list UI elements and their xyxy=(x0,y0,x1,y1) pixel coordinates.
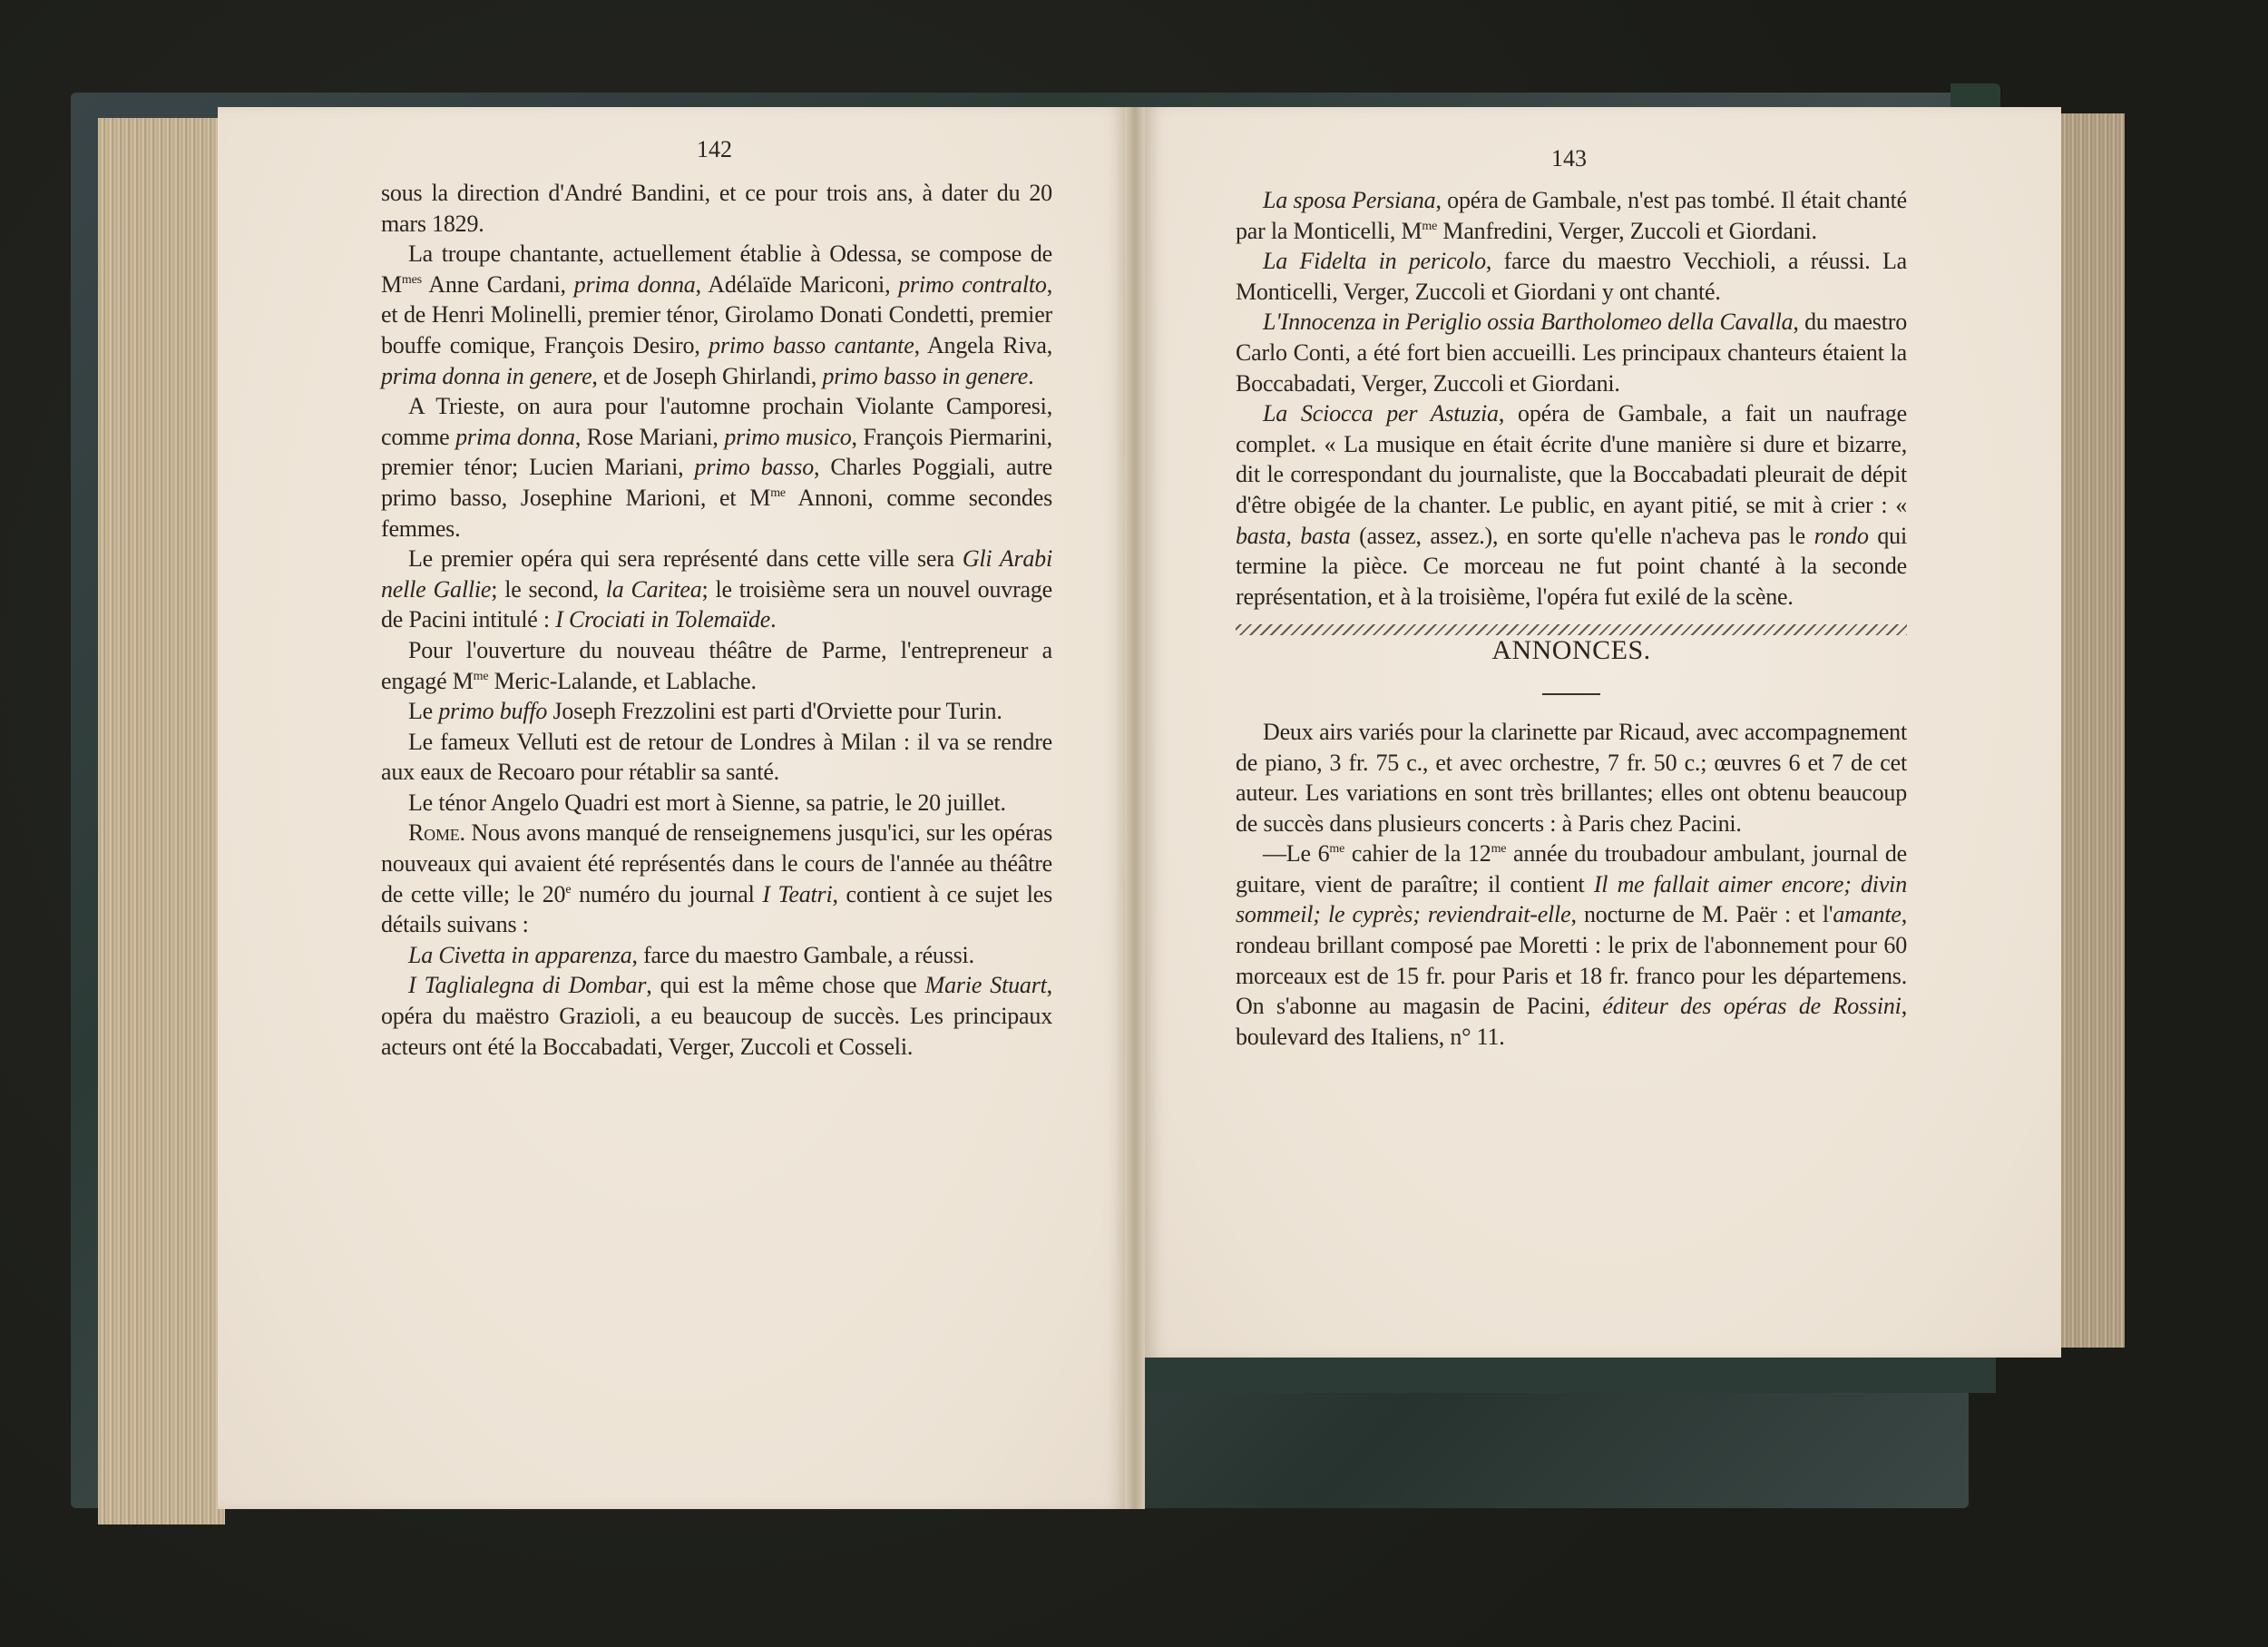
text-run: cahier de la 12 xyxy=(1344,840,1491,867)
text-run: —Le 6 xyxy=(1263,840,1329,867)
wavy-divider xyxy=(1236,624,1907,635)
italic-term: rondo xyxy=(1814,523,1869,549)
left-page-text: sous la direction d'André Bandini, et ce… xyxy=(381,178,1052,1062)
italic-term: I Crociati in Tolemaïde xyxy=(555,606,770,632)
italic-term: L'Innocenza in Periglio ossia Bartholome… xyxy=(1263,309,1793,335)
text-run: sous la direction d'André Bandini, et ce… xyxy=(381,180,1052,237)
italic-term: La sposa Persiana xyxy=(1263,187,1435,213)
book-gutter xyxy=(1125,107,1145,1509)
text-run: , Rose Mariani, xyxy=(575,424,724,450)
paragraph: Le ténor Angelo Quadri est mort à Sienne… xyxy=(381,788,1052,819)
text-run: Joseph Frezzolini est parti d'Orviette p… xyxy=(547,698,1002,724)
paragraph: La Fidelta in pericolo, farce du maestro… xyxy=(1236,246,1907,307)
italic-term: primo buffo xyxy=(438,698,547,724)
superscript: me xyxy=(1491,842,1507,856)
page-number-left: 142 xyxy=(697,136,732,163)
text-run: numéro du journal xyxy=(571,881,762,907)
italic-term: Marie Stuart xyxy=(925,972,1047,998)
text-run: Meric-Lalande, et Lablache. xyxy=(488,668,756,694)
paragraph: Rome. Nous avons manqué de renseignemens… xyxy=(381,818,1052,939)
paragraph: A Trieste, on aura pour l'automne procha… xyxy=(381,391,1052,544)
italic-term: la Caritea xyxy=(606,576,702,603)
italic-term: prima donna xyxy=(455,424,575,450)
page-edges-left xyxy=(98,118,225,1524)
paragraph: L'Innocenza in Periglio ossia Bartholome… xyxy=(1236,307,1907,398)
text-run: Le fameux Velluti est de retour de Londr… xyxy=(381,729,1052,786)
text-run: Le ténor Angelo Quadri est mort à Sienne… xyxy=(408,789,1006,816)
paragraph: sous la direction d'André Bandini, et ce… xyxy=(381,178,1052,239)
paragraph: Le primo buffo Joseph Frezzolini est par… xyxy=(381,696,1052,727)
italic-term: éditeur des opéras de Rossini xyxy=(1602,993,1901,1019)
text-run: . xyxy=(770,606,776,632)
paragraph: Le fameux Velluti est de retour de Londr… xyxy=(381,727,1052,788)
text-run: , qui est la même chose que xyxy=(646,972,924,998)
paragraph: La troupe chantante, actuellement établi… xyxy=(381,239,1052,391)
right-page-text: La sposa Persiana, opéra de Gambale, n'e… xyxy=(1236,185,1907,1052)
superscript: me xyxy=(474,670,489,683)
paragraph: La Civetta in apparenza, farce du maestr… xyxy=(381,940,1052,971)
italic-term: La Fidelta in pericolo xyxy=(1263,248,1486,274)
text-run: , Adélaïde Mariconi, xyxy=(696,271,899,298)
section-title-annonces: ANNONCES. xyxy=(1236,635,1907,666)
paragraph: Pour l'ouverture du nouveau théâtre de P… xyxy=(381,635,1052,696)
italic-term: basta, basta xyxy=(1236,523,1351,549)
italic-term: primo basso xyxy=(695,454,814,480)
paragraph: I Taglialegna di Dombar, qui est la même… xyxy=(381,970,1052,1062)
italic-term: prima donna xyxy=(574,271,696,298)
text-run: Manfredini, Verger, Zuccoli et Giordani. xyxy=(1437,218,1817,244)
superscript: me xyxy=(1422,220,1437,233)
paragraph: La sposa Persiana, opéra de Gambale, n'e… xyxy=(1236,185,1907,246)
italic-term: prima donna in genere xyxy=(381,363,591,389)
italic-term: I Taglialegna di Dombar xyxy=(408,972,646,998)
italic-term: primo basso in genere xyxy=(822,363,1028,389)
small-caps-heading: Rome. xyxy=(408,819,465,846)
text-run: ; le second, xyxy=(491,576,605,603)
text-run: Deux airs variés pour la clarinette par … xyxy=(1236,719,1907,837)
text-run: , farce du maestro Gambale, a réussi. xyxy=(632,942,974,968)
text-run: (assez, assez.), en sorte qu'elle n'ache… xyxy=(1351,523,1814,549)
book-cover-bottom-edge xyxy=(1098,1352,1996,1393)
italic-term: La Sciocca per Astuzia xyxy=(1263,400,1499,426)
italic-term: La Civetta in apparenza xyxy=(408,942,632,968)
page-edges-right xyxy=(2052,113,2125,1348)
italic-term: primo contralto xyxy=(898,271,1046,298)
announcement: —Le 6me cahier de la 12me année du troub… xyxy=(1236,838,1907,1052)
italic-term: I Teatri xyxy=(762,881,832,907)
paragraph: Le premier opéra qui sera représenté dan… xyxy=(381,544,1052,635)
superscript: mes xyxy=(402,273,422,287)
announcement: Deux airs variés pour la clarinette par … xyxy=(1236,717,1907,838)
italic-term: primo basso cantante xyxy=(709,332,914,358)
text-run: Le xyxy=(408,698,438,724)
superscript: me xyxy=(770,486,786,500)
paragraph: La Sciocca per Astuzia, opéra de Gambale… xyxy=(1236,398,1907,612)
text-run: , nocturne de M. Paër : et l' xyxy=(1570,901,1833,927)
text-run: , Angela Riva, xyxy=(914,332,1052,358)
text-run: , et de Joseph Ghirlandi, xyxy=(591,363,822,389)
text-run: Anne Cardani, xyxy=(422,271,574,298)
italic-term: primo musico xyxy=(724,424,851,450)
short-rule-divider xyxy=(1542,693,1600,695)
text-run: . xyxy=(1028,363,1033,389)
superscript: me xyxy=(1329,842,1344,856)
page-number-right: 143 xyxy=(1551,145,1587,172)
italic-term: amante xyxy=(1833,901,1901,927)
text-run: Le premier opéra qui sera représenté dan… xyxy=(408,545,963,572)
